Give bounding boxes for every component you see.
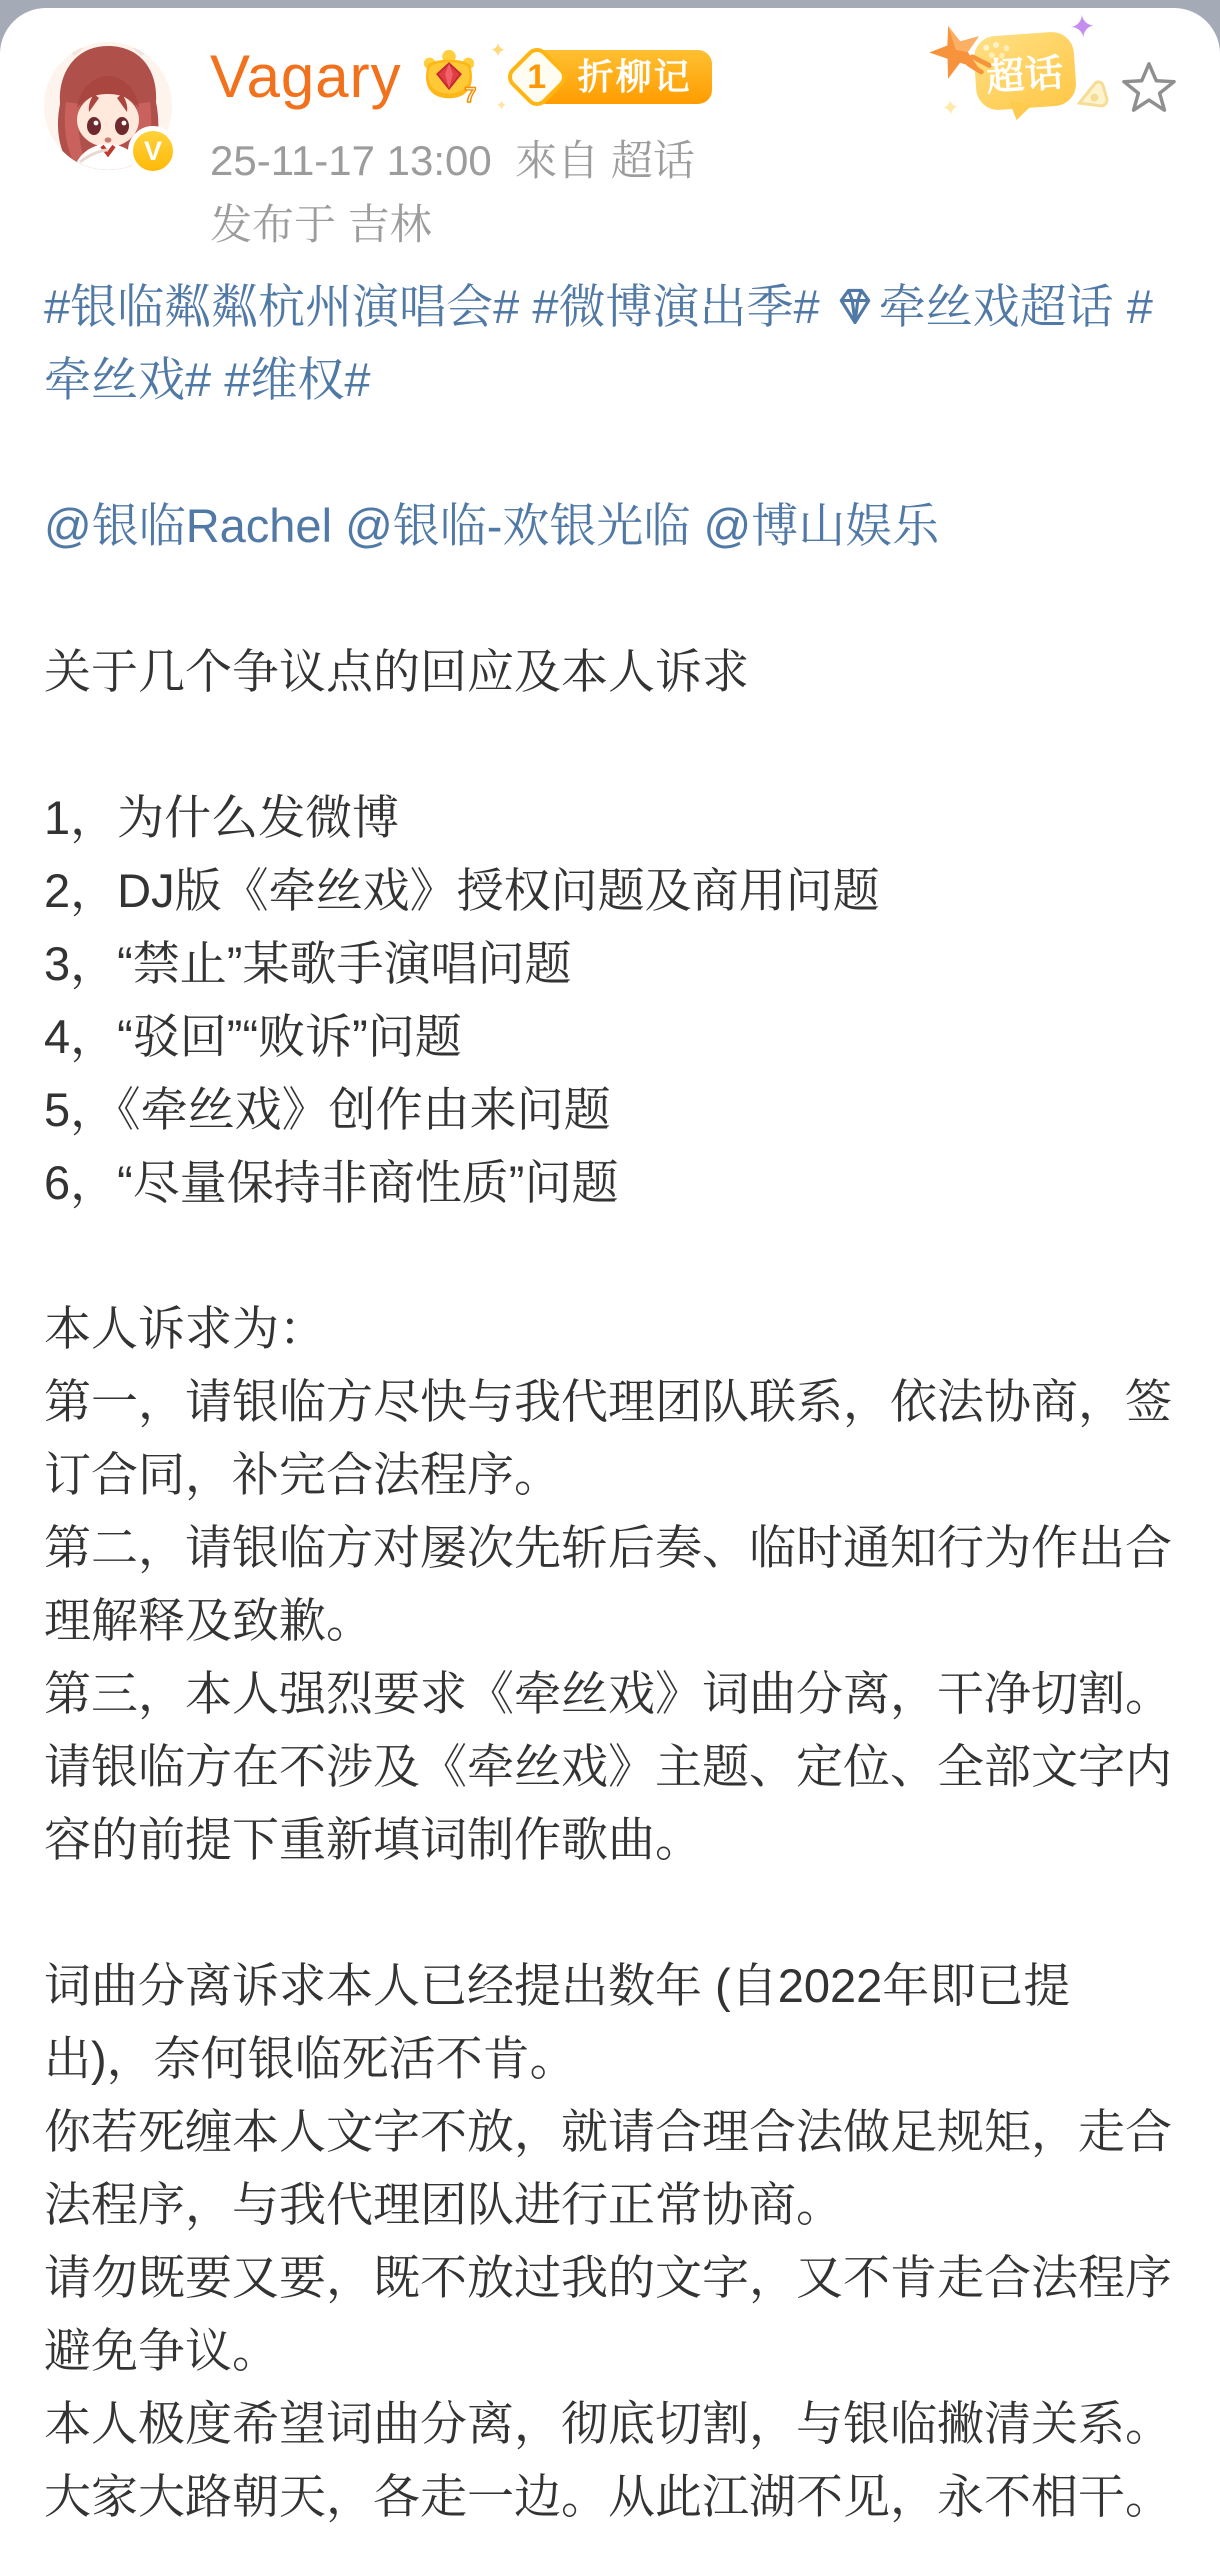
fan-badge-level: 1	[527, 58, 546, 97]
location-line: 发布于 吉林	[210, 192, 432, 252]
body-line: 第三，本人强烈要求《牵丝戏》词曲分离，干净切割。请银临方在不涉及《牵丝戏》主题、…	[44, 1657, 1176, 1876]
body-line: 关于几个争议点的回应及本人诉求	[44, 635, 1176, 708]
body-line: 5，《牵丝戏》创作由来问题	[44, 1073, 1176, 1146]
body-line: 第二，请银临方对屡次先斩后奏、临时通知行为作出合理解释及致歉。	[44, 1511, 1176, 1657]
body-line: 3，“禁止”某歌手演唱问题	[44, 927, 1176, 1000]
source-prefix: 來自	[515, 137, 599, 184]
body-line: 4，“驳回”“败诉”问题	[44, 1000, 1176, 1073]
post-meta: 25-11-17 13:00 來自 超话	[210, 128, 695, 188]
username[interactable]: Vagary	[210, 44, 402, 110]
purple-sparkle-icon: ✦	[1068, 7, 1097, 47]
favorite-star-icon[interactable]	[1122, 60, 1176, 114]
body-line: 6，“尽量保持非商性质”问题	[44, 1146, 1176, 1219]
source-link[interactable]: 超话	[611, 137, 695, 184]
post-card: V Vagary 7 ✦ ✦ 1 折柳记 25-11-17 13:00 來自 超…	[0, 8, 1220, 2550]
supertopic-link[interactable]: 牵丝戏超话	[833, 280, 1114, 333]
body-line: 请勿既要又要，既不放过我的文字，又不肯走合法程序避免争议。	[44, 2241, 1176, 2387]
verified-v-badge: V	[128, 126, 178, 176]
name-row: Vagary 7 ✦ ✦ 1 折柳记	[210, 44, 712, 110]
body-line: 第一，请银临方尽快与我代理团队联系，依法协商，签订合同，补完合法程序。	[44, 1365, 1176, 1511]
supertopic-sticker[interactable]: 超话 ✦ ✦	[973, 31, 1078, 112]
hashtag-line: #银临粼粼杭州演唱会# #微博演出季# 牵丝戏超话 #牵丝戏# #维权#	[44, 270, 1176, 416]
body-line: 大家大路朝天，各走一边。从此江湖不见，永不相干。	[44, 2460, 1176, 2533]
mention-links[interactable]: @银临Rachel @银临-欢银光临 @博山娱乐	[44, 489, 1176, 562]
body-line: 1，为什么发微博	[44, 781, 1176, 854]
supertopic-sticker-label: 超话	[984, 41, 1066, 101]
body-line: 词曲分离诉求本人已经提出数年 (自2022年即已提出)，奈何银临死活不肯。	[44, 1949, 1176, 2095]
body-line: 你若死缠本人文字不放，就请合理合法做足规矩，走合法程序，与我代理团队进行正常协商…	[44, 2095, 1176, 2241]
sparkle-icon: ✦	[496, 97, 508, 114]
body-line: 2，DJ版《牵丝戏》授权问题及商用问题	[44, 854, 1176, 927]
timestamp: 25-11-17 13:00	[210, 137, 492, 184]
fan-badge-level-diamond: 1	[506, 46, 568, 108]
sparkle-icon: ✦	[490, 38, 507, 63]
pale-sparkle-icon: ✦	[941, 95, 961, 122]
pale-triangle-icon	[1070, 72, 1116, 118]
avatar-wrap[interactable]: V	[44, 42, 172, 170]
body-line: 本人诉求为：	[44, 1292, 1176, 1365]
hashtag-links[interactable]: #银临粼粼杭州演唱会# #微博演出季#	[44, 280, 833, 333]
fan-badge[interactable]: ✦ ✦ 1 折柳记	[506, 50, 712, 104]
post-content: #银临粼粼杭州演唱会# #微博演出季# 牵丝戏超话 #牵丝戏# #维权# @银临…	[44, 270, 1176, 2533]
vip-crown-icon: 7	[418, 47, 480, 107]
supertopic-gem-icon	[833, 284, 877, 328]
body-line: 本人极度希望词曲分离，彻底切割，与银临撇清关系。	[44, 2387, 1176, 2460]
crown-level-text: 7	[464, 83, 476, 107]
